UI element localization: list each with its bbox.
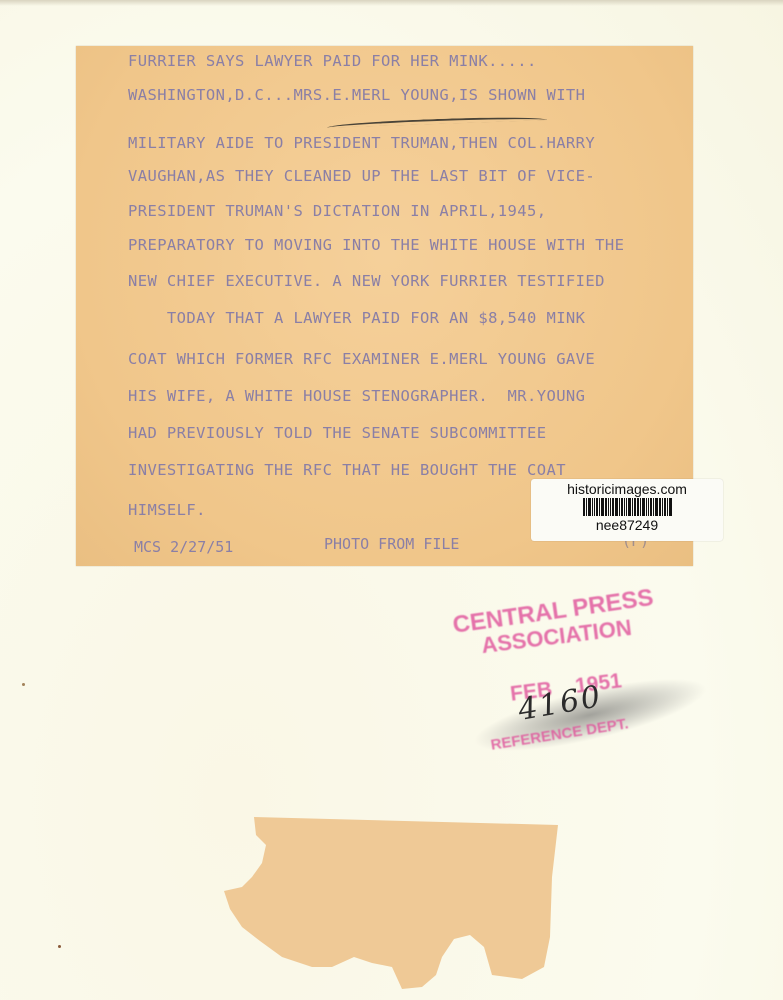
caption-line: PRESIDENT TRUMAN'S DICTATION IN APRIL,19…: [128, 202, 546, 220]
barcode-bar: [669, 498, 672, 516]
barcode-bar: [596, 498, 598, 516]
barcode-bar: [640, 498, 641, 516]
photo-top-edge: [0, 0, 783, 6]
pen-underline-mark: [327, 115, 547, 128]
barcode-bar: [583, 498, 585, 516]
torn-paper-scrap: [222, 817, 558, 992]
barcode-bar: [653, 498, 654, 516]
barcode-bar: [619, 498, 620, 516]
barcode-bar: [628, 498, 631, 516]
caption-line: HAD PREVIOUSLY TOLD THE SENATE SUBCOMMIT…: [128, 424, 546, 442]
caption-headline: FURRIER SAYS LAWYER PAID FOR HER MINK...…: [128, 52, 537, 70]
caption-line: VAUGHAN,AS THEY CLEANED UP THE LAST BIT …: [128, 167, 595, 185]
barcode-bar: [659, 498, 661, 516]
caption-line: WASHINGTON,D.C...MRS.E.MERL YOUNG,IS SHO…: [128, 86, 585, 104]
barcode-bar: [646, 498, 647, 516]
caption-line: MILITARY AIDE TO PRESIDENT TRUMAN,THEN C…: [128, 134, 595, 152]
archive-label: historicimages.com nee87249: [531, 479, 723, 541]
barcode-bar: [655, 498, 658, 516]
barcode-bar: [599, 498, 600, 516]
caption-line: HIMSELF.: [128, 501, 206, 519]
caption-source: PHOTO FROM FILE: [324, 535, 459, 553]
paper-speck: [58, 945, 61, 948]
caption-line: TODAY THAT A LAWYER PAID FOR AN $8,540 M…: [128, 309, 585, 327]
barcode-bar: [650, 498, 652, 516]
caption-line: HIS WIFE, A WHITE HOUSE STENOGRAPHER. MR…: [128, 387, 585, 405]
paper-speck: [22, 683, 25, 686]
barcode-bar: [634, 498, 636, 516]
barcode-bar: [594, 498, 595, 516]
barcode-bar: [664, 498, 666, 516]
barcode-bar: [637, 498, 639, 516]
label-site: historicimages.com: [531, 481, 723, 497]
barcode-bar: [615, 498, 618, 516]
barcode-bar: [626, 498, 627, 516]
barcode-bar: [612, 498, 614, 516]
caption-date: MCS 2/27/51: [134, 538, 233, 556]
barcode-bar: [608, 498, 609, 516]
caption-line: NEW CHIEF EXECUTIVE. A NEW YORK FURRIER …: [128, 272, 605, 290]
barcode-bar: [601, 498, 604, 516]
barcode-bar: [588, 498, 591, 516]
barcode-bar: [586, 498, 587, 516]
barcode-bar: [592, 498, 593, 516]
barcode: [552, 498, 702, 516]
barcode-bar: [621, 498, 623, 516]
barcode-bar: [610, 498, 611, 516]
barcode-bar: [648, 498, 649, 516]
barcode-bar: [667, 498, 668, 516]
barcode-bar: [605, 498, 607, 516]
caption-line: COAT WHICH FORMER RFC EXAMINER E.MERL YO…: [128, 350, 595, 368]
label-code: nee87249: [531, 517, 723, 533]
caption-line: PREPARATORY TO MOVING INTO THE WHITE HOU…: [128, 236, 624, 254]
barcode-bar: [662, 498, 663, 516]
caption-line: INVESTIGATING THE RFC THAT HE BOUGHT THE…: [128, 461, 566, 479]
barcode-bar: [632, 498, 633, 516]
barcode-bar: [642, 498, 645, 516]
barcode-bar: [624, 498, 625, 516]
